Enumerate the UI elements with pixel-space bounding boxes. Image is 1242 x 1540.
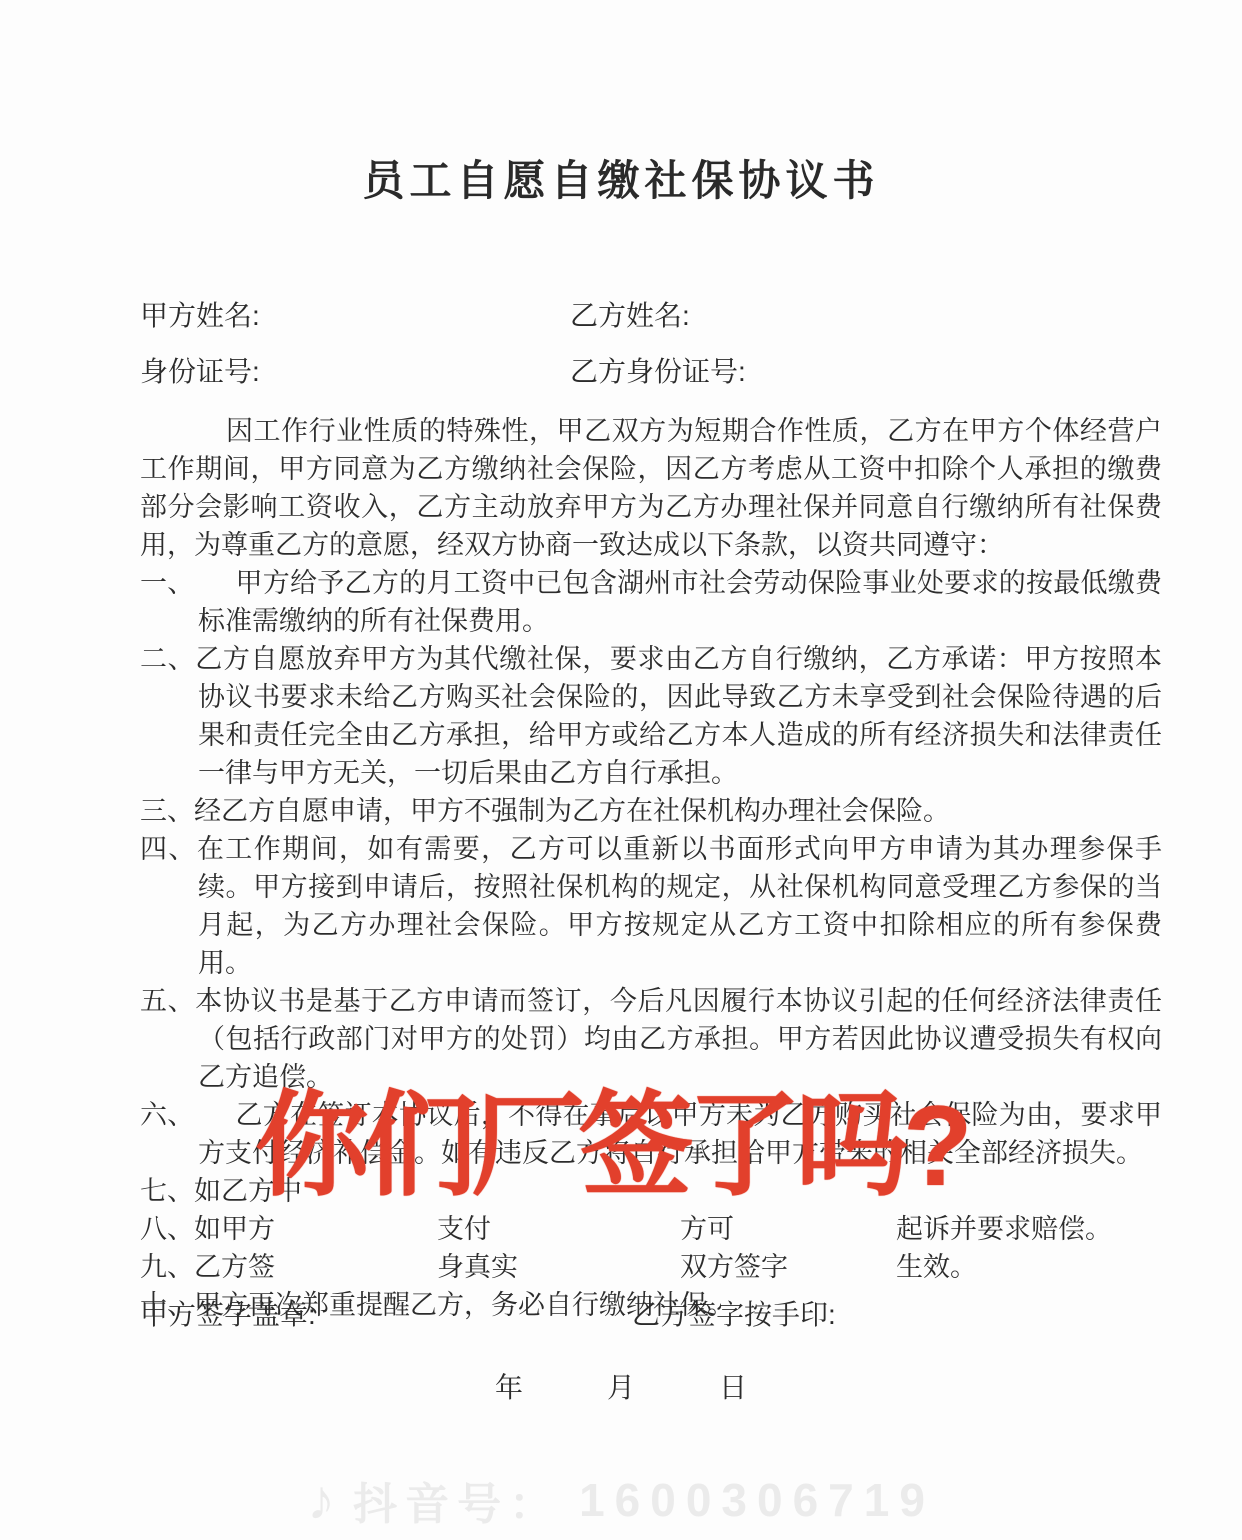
clause-4: 四、在工作期间，如有需要，乙方可以重新以书面形式向甲方申请为其办理参保手续。甲方…	[140, 830, 1162, 982]
agreement-document: 员工自愿自缴社保协议书 甲方姓名: 乙方姓名: 身份证号: 乙方身份证号: 因工…	[0, 0, 1242, 1540]
clause-1: 一、 甲方给予乙方的月工资中已包含湖州市社会劳动保险事业处要求的按最低缴费标准需…	[140, 564, 1162, 640]
clause-9: 九、乙方签 身真实 双方签字 生效。	[140, 1248, 1162, 1286]
party-a-signature-label: 甲方签字盖章:	[140, 1293, 632, 1333]
party-a-id-label: 身份证号:	[140, 350, 570, 390]
intro-paragraph: 因工作行业性质的特殊性，甲乙双方为短期合作性质，乙方在甲方个体经营户工作期间，甲…	[140, 412, 1162, 564]
party-b-name-label: 乙方姓名:	[570, 294, 1162, 334]
party-b-id-label: 乙方身份证号:	[570, 350, 1162, 390]
clause-2: 二、乙方自愿放弃甲方为其代缴社保，要求由乙方自行缴纳，乙方承诺：甲方按照本协议书…	[140, 640, 1162, 792]
party-a-name-label: 甲方姓名:	[140, 294, 570, 334]
tiktok-note-icon: ♪	[307, 1472, 335, 1528]
watermark-label: 抖音号：	[353, 1468, 561, 1532]
party-b-signature-label: 乙方签字按手印:	[632, 1293, 1162, 1333]
watermark-number: 1600306719	[579, 1473, 935, 1527]
date-line: 年 月 日	[0, 1366, 1242, 1406]
parties-block: 甲方姓名: 乙方姓名: 身份证号: 乙方身份证号:	[140, 294, 1162, 390]
document-title: 员工自愿自缴社保协议书	[0, 148, 1242, 208]
signature-block: 甲方签字盖章: 乙方签字按手印:	[140, 1293, 1162, 1333]
clause-3: 三、经乙方自愿申请，甲方不强制为乙方在社保机构办理社会保险。	[140, 792, 1162, 830]
red-overlay-text: 你们厂签了吗?	[255, 1072, 995, 1222]
douyin-watermark: ♪ 抖音号： 1600306719	[0, 1468, 1242, 1532]
